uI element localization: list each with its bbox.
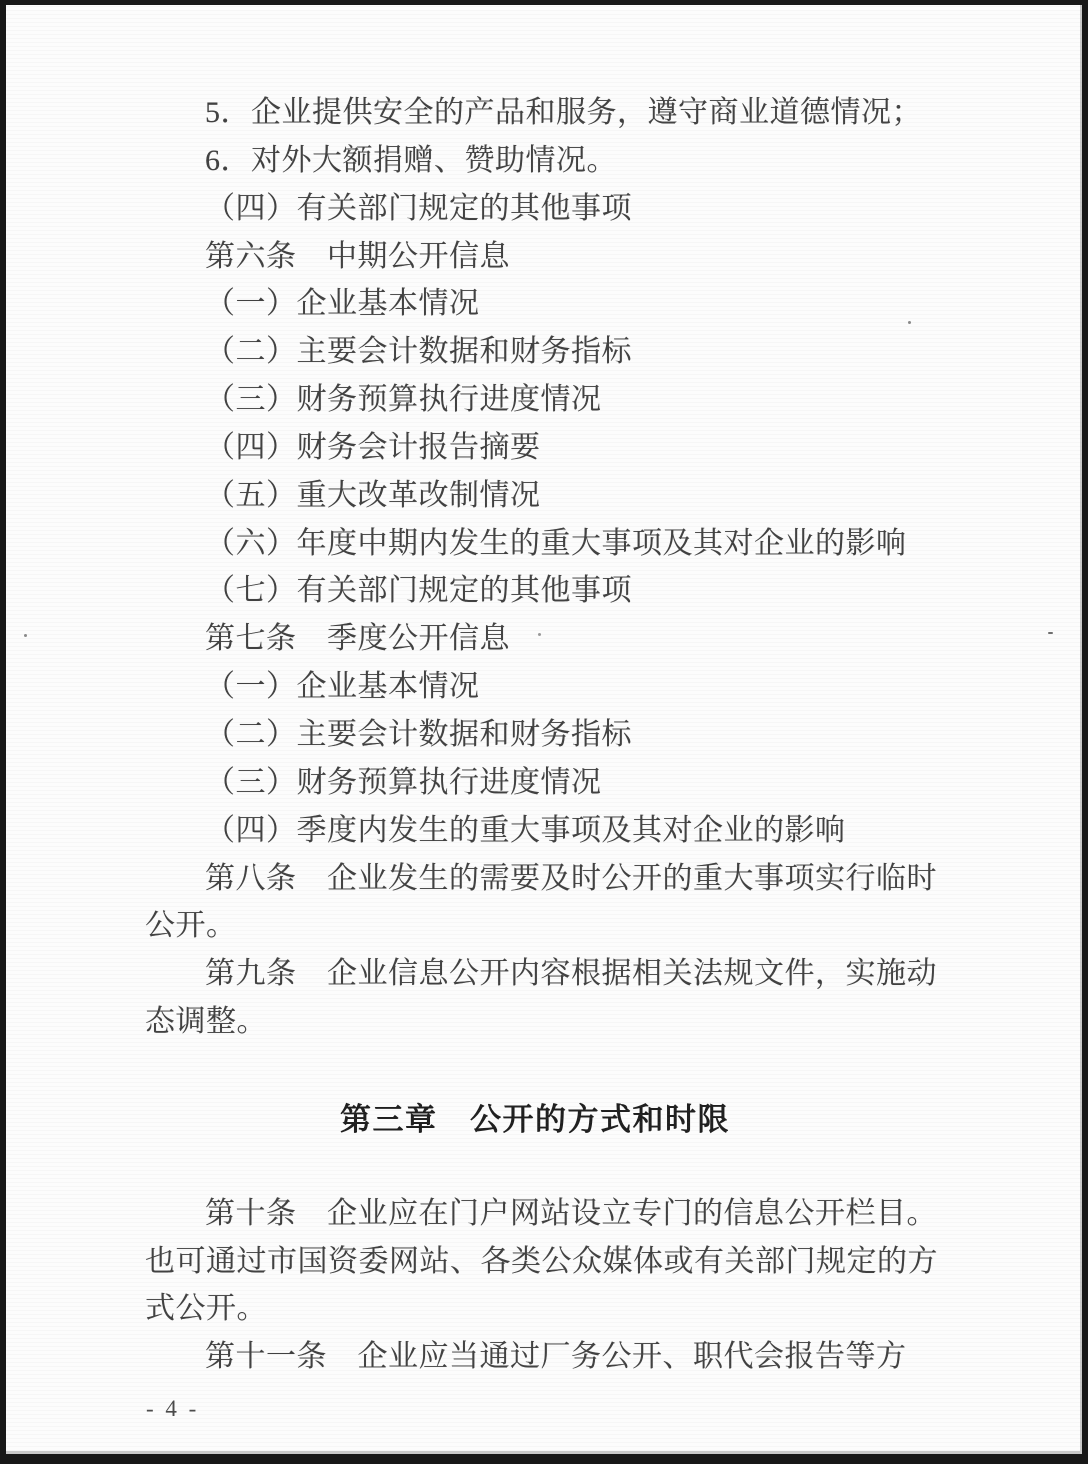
body-line: 第十一条 企业应当通过厂务公开、职代会报告等方 (145, 1333, 925, 1381)
scanned-document-screen: 5．企业提供安全的产品和服务，遵守商业道德情况；6．对外大额捐赠、赞助情况。（四… (0, 0, 1088, 1464)
body-line: （一）企业基本情况 (145, 280, 925, 328)
body-line: （二）主要会计数据和财务指标 (145, 711, 925, 759)
body-line: 第九条 企业信息公开内容根据相关法规文件，实施动 (145, 950, 925, 998)
scan-speck (538, 633, 541, 636)
scan-speck (908, 321, 911, 324)
body-line: （四）有关部门规定的其他事项 (145, 185, 925, 233)
body-line: （五）重大改革改制情况 (145, 472, 925, 520)
body-line: 式公开。 (145, 1285, 925, 1333)
body-line: 第七条 季度公开信息 (145, 615, 925, 663)
body-line: 第十条 企业应在门户网站设立专门的信息公开栏目。 (145, 1190, 925, 1238)
body-line: （四）财务会计报告摘要 (145, 424, 925, 472)
body-line: （六）年度中期内发生的重大事项及其对企业的影响 (145, 520, 925, 568)
body-line: 6．对外大额捐赠、赞助情况。 (145, 137, 925, 185)
body-line: （一）企业基本情况 (145, 663, 925, 711)
body-line: （四）季度内发生的重大事项及其对企业的影响 (145, 807, 925, 855)
body-line: 态调整。 (145, 998, 925, 1046)
body-line: （三）财务预算执行进度情况 (145, 376, 925, 424)
body-line: （二）主要会计数据和财务指标 (145, 328, 925, 376)
document-body: 5．企业提供安全的产品和服务，遵守商业道德情况；6．对外大额捐赠、赞助情况。（四… (145, 89, 925, 1381)
scan-speck (24, 634, 27, 637)
body-line: （七）有关部门规定的其他事项 (145, 567, 925, 615)
body-line: （三）财务预算执行进度情况 (145, 759, 925, 807)
body-line: 第八条 企业发生的需要及时公开的重大事项实行临时 (145, 855, 925, 903)
document-page: 5．企业提供安全的产品和服务，遵守商业道德情况；6．对外大额捐赠、赞助情况。（四… (6, 5, 1082, 1454)
body-line: 5．企业提供安全的产品和服务，遵守商业道德情况； (145, 89, 925, 137)
page-number: - 4 - (146, 1396, 199, 1422)
body-line: 公开。 (145, 902, 925, 950)
body-line: 也可通过市国资委网站、各类公众媒体或有关部门规定的方 (145, 1238, 925, 1286)
scan-speck (1048, 632, 1053, 634)
body-line: 第六条 中期公开信息 (145, 233, 925, 281)
chapter-heading: 第三章 公开的方式和时限 (145, 1096, 925, 1144)
scan-speck (911, 968, 913, 970)
